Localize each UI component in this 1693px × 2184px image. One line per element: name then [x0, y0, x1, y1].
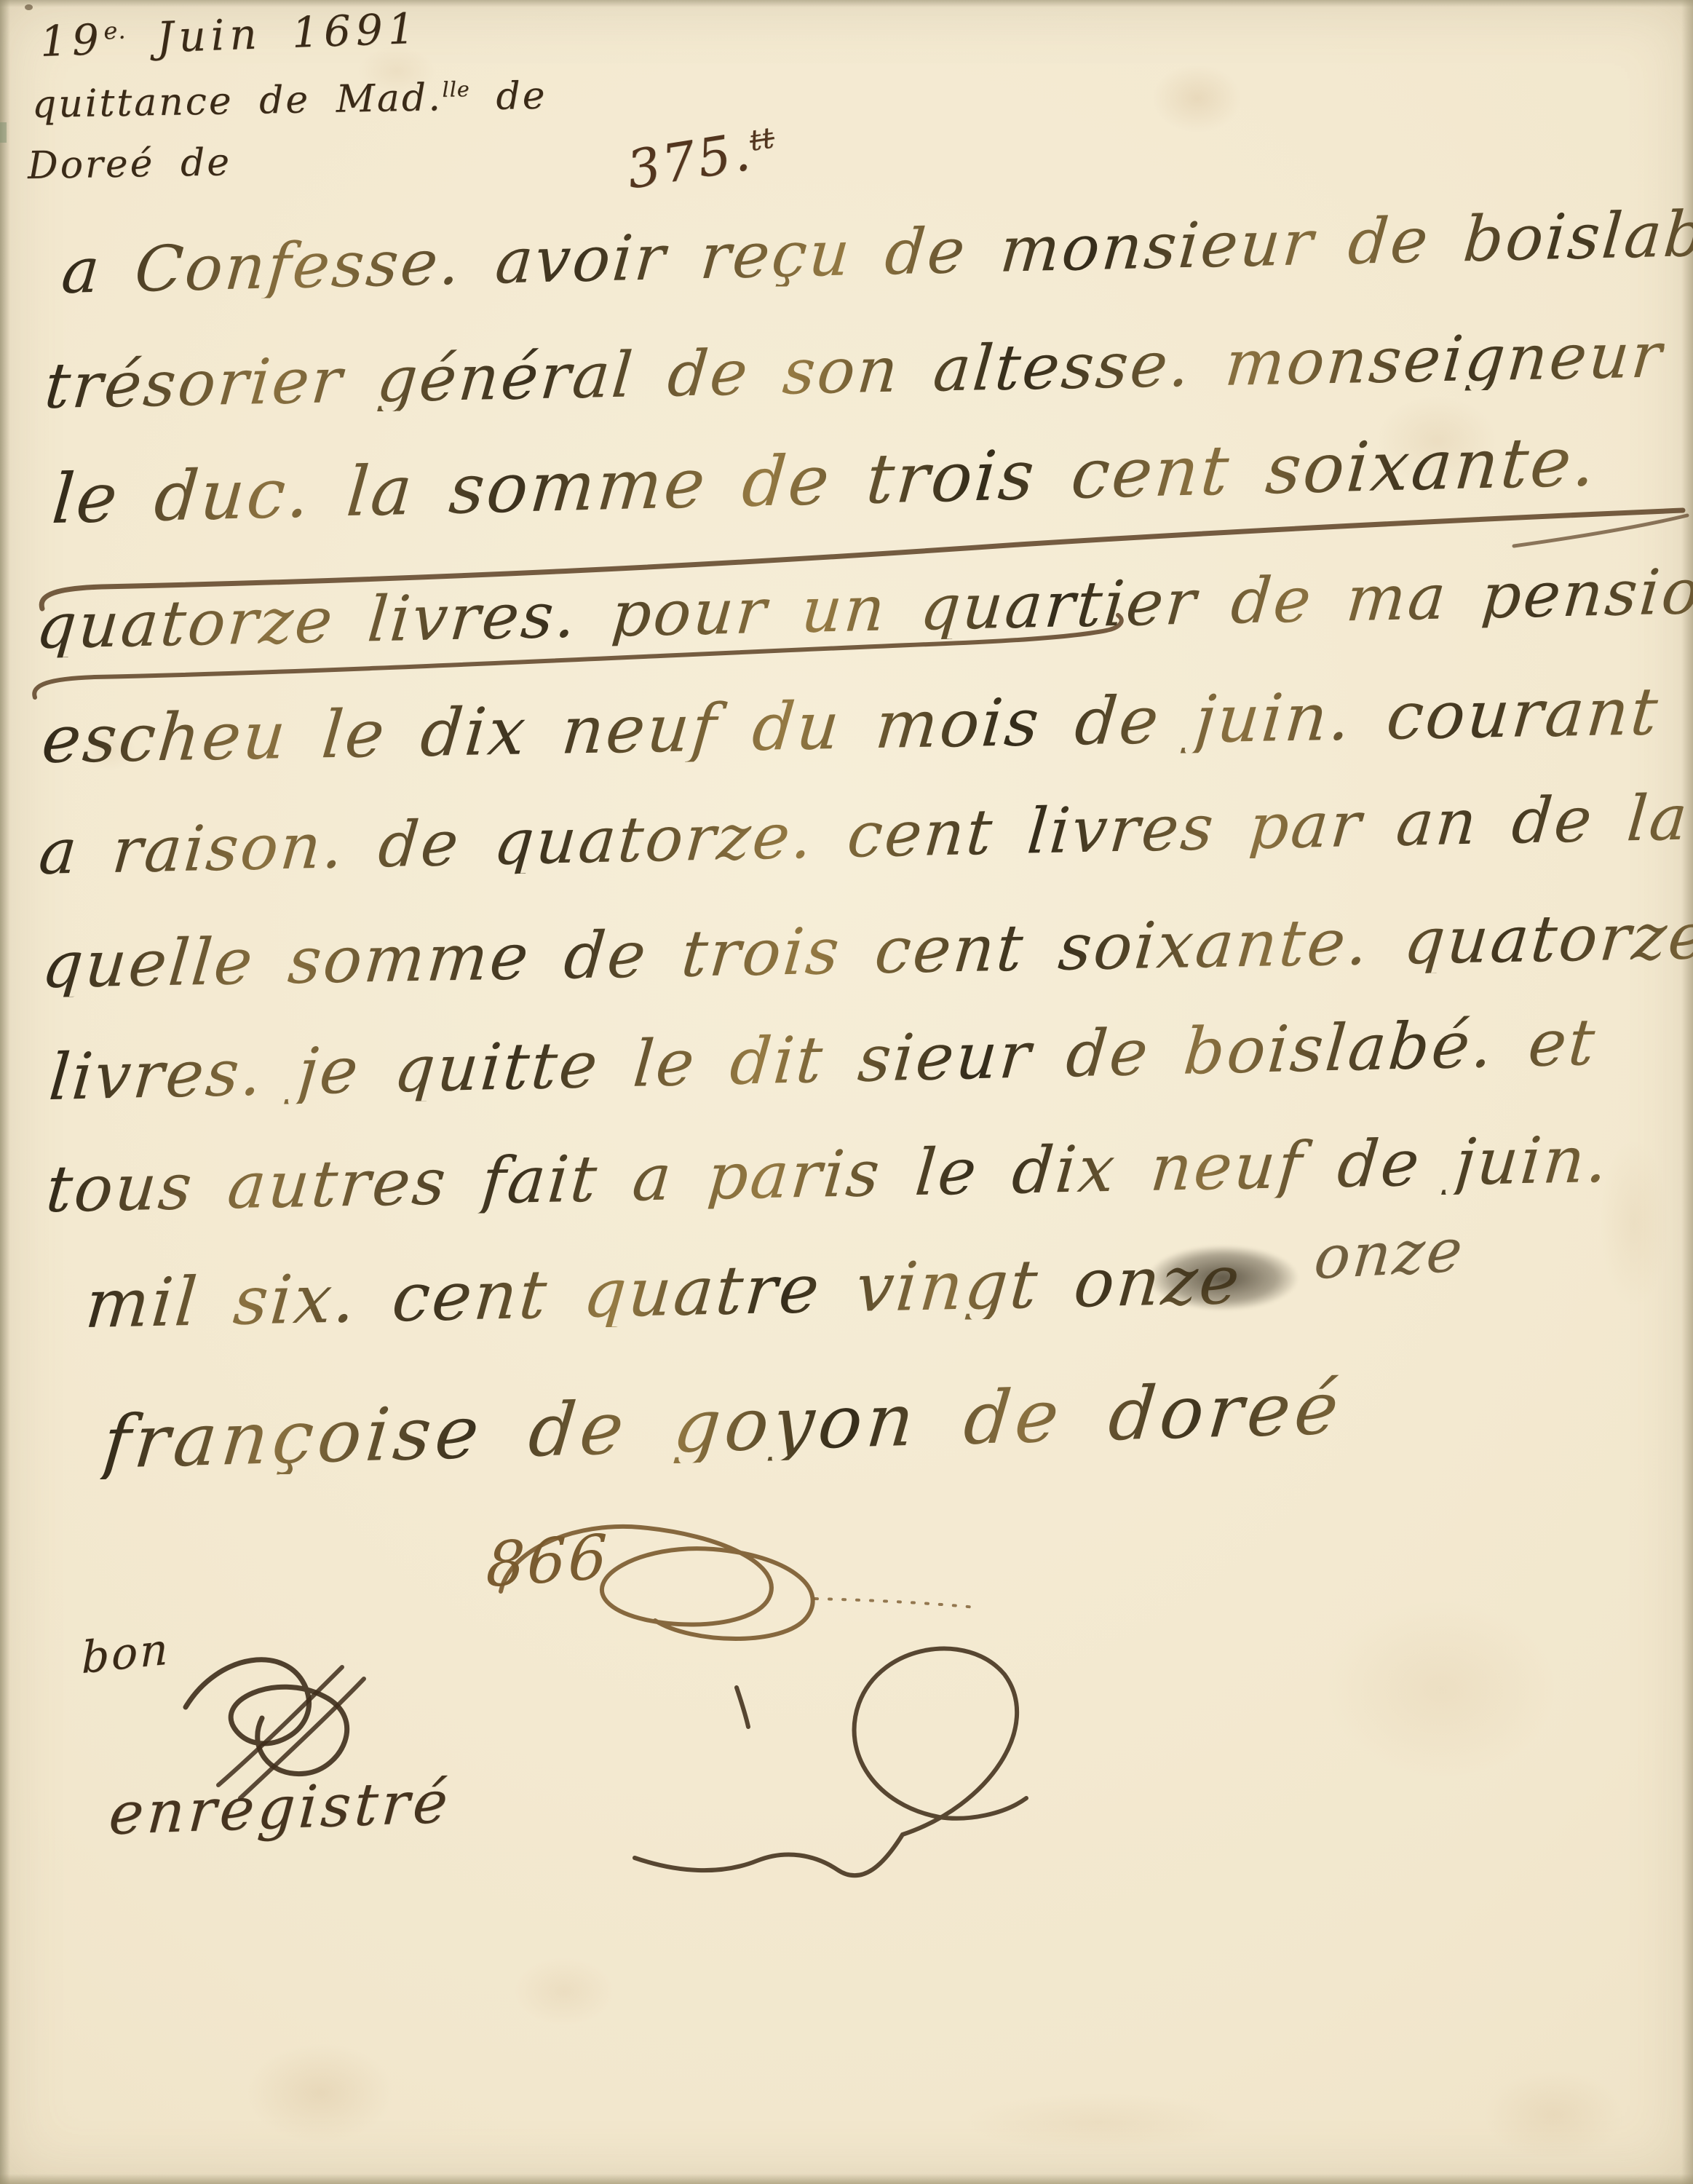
docket-date-day: 19 — [39, 15, 105, 66]
paper-speck — [25, 4, 33, 10]
page-edge-left — [0, 0, 10, 2184]
foxing-stain — [1281, 1565, 1601, 1813]
foxing-stain — [218, 2024, 422, 2162]
signature: françoise de goyon de doreé — [100, 1372, 1346, 1479]
underline-stroke-echo — [1514, 515, 1687, 546]
livre-symbol: tt — [748, 121, 777, 158]
foxing-stain — [495, 1944, 633, 2038]
body-line: quatorze livres. pour un quartier de ma … — [33, 560, 1693, 658]
docket-line3: Doreé de — [28, 143, 232, 185]
body-line: mil six. cent quatre vingt onze — [83, 1247, 1244, 1338]
paraph-tail-dotted — [815, 1599, 975, 1607]
body-line: escheu le dix neuf du mois de juin. cour… — [39, 679, 1662, 773]
bon-paraph — [186, 1660, 347, 1774]
docket-date: 19e. Juin 1691 — [39, 7, 421, 63]
foxing-stain — [1135, 51, 1259, 146]
docket-date-rest: Juin 1691 — [156, 4, 421, 63]
ink-blot — [1127, 1236, 1320, 1320]
body-line: le duc. la somme de trois cent soixante. — [49, 428, 1600, 534]
docket-line2-text: quittance de Mad. — [31, 76, 443, 127]
docket-amount: 375.tt — [623, 121, 780, 196]
body-line: livres. je quitte le dit sieur de boisla… — [47, 1010, 1599, 1109]
body-line: tous autres fait a paris le dix neuf de … — [44, 1128, 1612, 1222]
docket-amount-value: 375. — [622, 121, 756, 201]
body-line: quelle somme de trois cent soixante. qua… — [39, 904, 1693, 997]
registered-flourish — [635, 1649, 1026, 1876]
body-line: a raison. de quatorze. cent livres par a… — [36, 786, 1692, 884]
paper-speck — [0, 122, 7, 143]
body-line: a Confesse. avoir reçu de monsieur de bo… — [59, 202, 1693, 303]
page-edge-right — [1681, 0, 1693, 2184]
registered-mark: enregistré — [107, 1773, 453, 1843]
registration-number: 866 — [485, 1526, 611, 1596]
docket-line2: quittance de Mad.lle de — [32, 77, 547, 124]
registered-tick — [737, 1688, 748, 1727]
page-edge-top — [0, 0, 1693, 7]
docket-date-ordinal: e. — [103, 17, 127, 45]
manuscript-page: 19e. Juin 1691 quittance de Mad.lle de D… — [0, 0, 1693, 2184]
docket-line2-post: de — [496, 74, 547, 119]
page-edge-bottom — [0, 2174, 1693, 2184]
docket-line2-sup: lle — [442, 76, 470, 102]
overwritten-word: onze — [1312, 1221, 1467, 1289]
bon-mark: bon — [82, 1627, 170, 1680]
foxing-stain — [1456, 2053, 1652, 2177]
foxing-stain — [910, 2082, 1288, 2162]
